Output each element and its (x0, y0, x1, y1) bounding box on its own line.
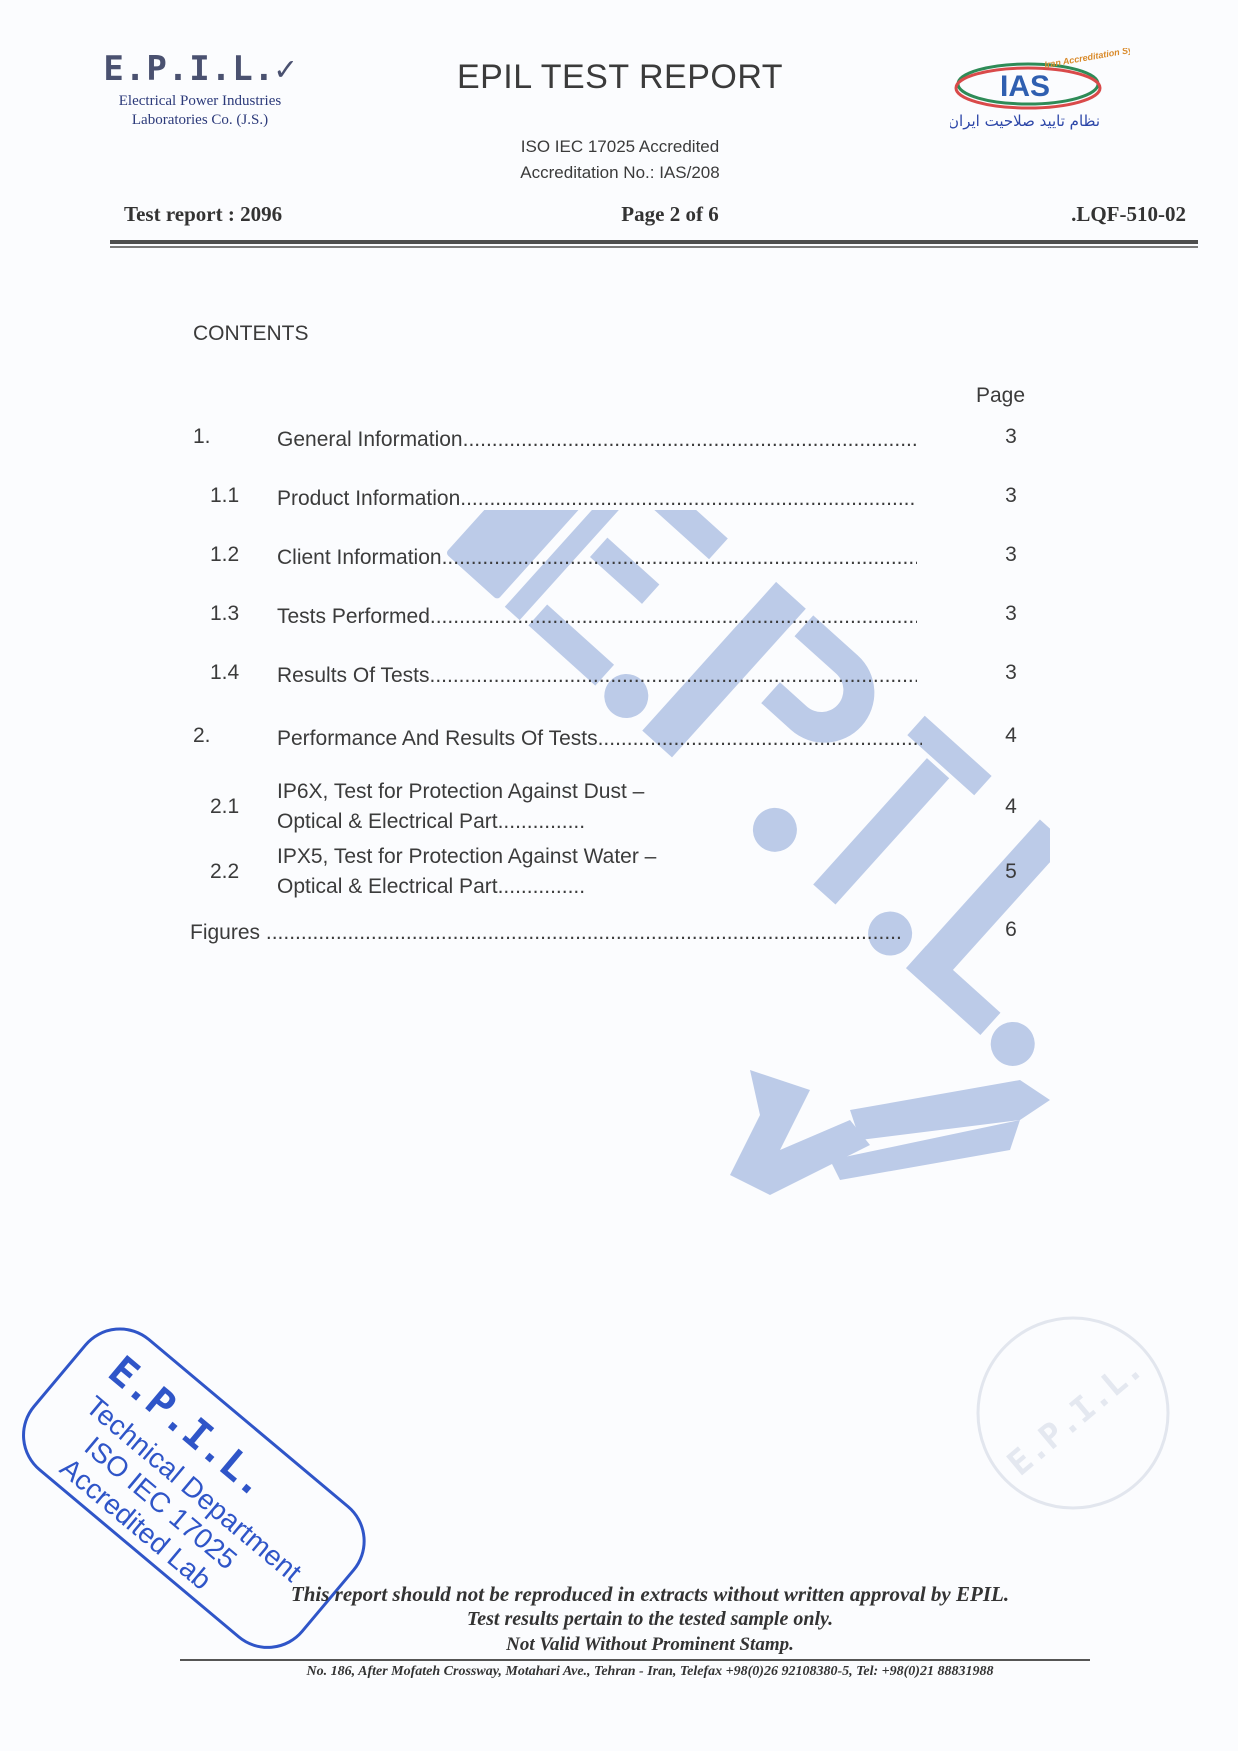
footer-sample-note: Test results pertain to the tested sampl… (200, 1608, 1100, 1631)
header-divider-thin (110, 246, 1198, 248)
toc-page: 4 (996, 795, 1026, 819)
accreditation-line1: ISO IEC 17025 Accredited (430, 134, 810, 160)
contents-heading: CONTENTS (193, 322, 309, 346)
page-indicator: Page 2 of 6 (560, 202, 780, 227)
ias-logo: IAS Iran Accreditation System نظام تایید… (950, 48, 1130, 138)
toc-number: 1.4 (210, 661, 239, 685)
toc-page: 5 (996, 860, 1026, 884)
footer-stamp-note: Not Valid Without Prominent Stamp. (200, 1634, 1100, 1656)
form-code: .LQF-510-02 (1071, 202, 1186, 227)
test-report-number: Test report : 2096 (124, 202, 282, 227)
toc-label: Results Of Tests........................… (277, 661, 917, 691)
header-divider (110, 240, 1198, 244)
svg-text:E.P.I.L.: E.P.I.L. (1000, 1348, 1151, 1484)
footer-address: No. 186, After Mofateh Crossway, Motahar… (200, 1664, 1100, 1680)
toc-label: Product Information.....................… (277, 484, 917, 514)
toc-page: 3 (996, 484, 1026, 508)
accreditation-number: Accreditation No.: IAS/208 (430, 160, 810, 186)
toc-label: IP6X, Test for Protection Against Dust –… (277, 777, 917, 837)
company-name-line1: Electrical Power Industries (100, 92, 300, 111)
epil-logo-mark: E.P.I.L.✓ (100, 52, 300, 86)
embossed-seal: E.P.I.L. (968, 1308, 1178, 1518)
toc-page: 3 (996, 425, 1026, 449)
toc-label: Performance And Results Of Tests........… (277, 724, 922, 754)
svg-text:نظام تایید صلاحیت ایران: نظام تایید صلاحیت ایران (950, 112, 1100, 130)
checkmark-icon: ✓ (275, 49, 296, 89)
toc-page: 3 (996, 661, 1026, 685)
page-column-header: Page (976, 384, 1025, 408)
toc-number: 1. (193, 425, 211, 449)
toc-label: Tests Performed.........................… (277, 602, 917, 632)
ias-emblem-icon: IAS Iran Accreditation System نظام تایید… (950, 48, 1130, 138)
toc-number: 2.1 (210, 795, 239, 819)
toc-label: IPX5, Test for Protection Against Water … (277, 842, 917, 902)
toc-number: 2.2 (210, 860, 239, 884)
toc-entry[interactable]: 2.1 IP6X, Test for Protection Against Du… (190, 780, 1030, 840)
footer-disclaimer: This report should not be reproduced in … (200, 1582, 1100, 1607)
epil-logo: E.P.I.L.✓ Electrical Power Industries La… (100, 52, 300, 130)
report-title: EPIL TEST REPORT (400, 58, 840, 97)
toc-page: 3 (996, 543, 1026, 567)
toc-label: Client Information......................… (277, 543, 917, 573)
footer-divider (180, 1659, 1090, 1661)
company-name: Electrical Power Industries Laboratories… (100, 92, 300, 130)
toc-number: 1.1 (210, 484, 239, 508)
accreditation-info: ISO IEC 17025 Accredited Accreditation N… (430, 134, 810, 186)
toc-page: 4 (996, 724, 1026, 748)
toc-label: General Information.....................… (277, 425, 917, 455)
toc-number: 2. (193, 724, 211, 748)
toc-label: Figures ................................… (190, 918, 900, 948)
toc-number: 1.3 (210, 602, 239, 626)
toc-page: 6 (996, 918, 1026, 942)
toc-page: 3 (996, 602, 1026, 626)
toc-number: 1.2 (210, 543, 239, 567)
company-name-line2: Laboratories Co. (J.S.) (100, 111, 300, 130)
svg-text:IAS: IAS (1000, 70, 1050, 103)
toc-entry[interactable]: 2.2 IPX5, Test for Protection Against Wa… (190, 845, 1030, 905)
svg-text:Iran Accreditation System: Iran Accreditation System (1044, 48, 1130, 70)
